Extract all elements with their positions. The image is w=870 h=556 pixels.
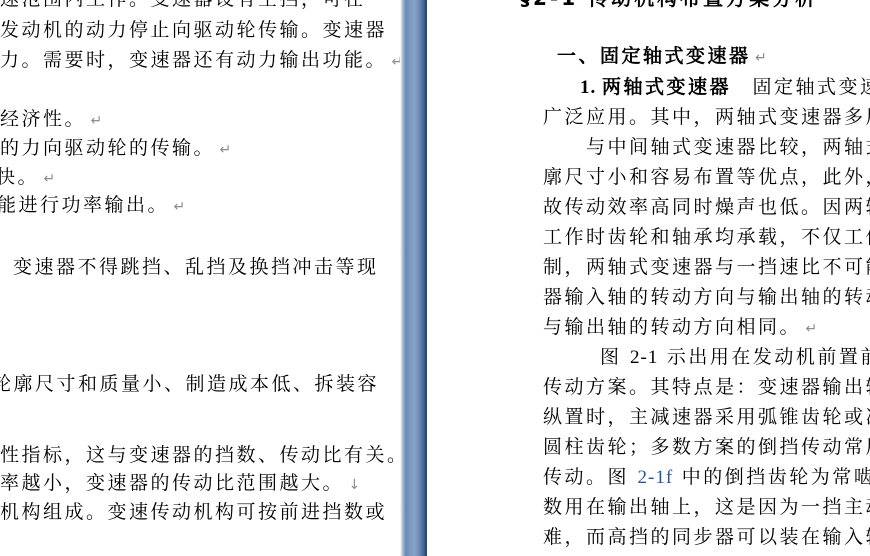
- text-line[interactable]: 广泛应用。其中，两轴式变速器多用于发动: [543, 106, 870, 128]
- text-run: 故传动效率高同时燥声也低。因两轴式变速: [543, 196, 870, 218]
- text-run: 率越小，变速器的传动比范围越大。: [0, 472, 344, 494]
- document-two-page-view: { "view": { "description": "two-page boo…: [0, 0, 870, 556]
- text-line[interactable]: 与输出轴的转动方向相同。 ↵: [543, 316, 817, 340]
- page-spine-gutter: [400, 0, 427, 556]
- text-run: 2-1f: [638, 467, 674, 488]
- text-line[interactable]: 性指标，这与变速器的挡数、传动比有关。: [0, 444, 400, 466]
- text-run: 传动。图: [543, 466, 638, 488]
- text-line[interactable]: 轮廓尺寸和质量小、制造成本低、拆装容: [0, 373, 379, 395]
- text-run: 工作时齿轮和轴承均承载，不仅工作燥声增: [543, 226, 870, 248]
- paragraph-mark-icon: ↵: [86, 113, 102, 129]
- text-run: 经济性。: [0, 108, 86, 130]
- text-run: 廓尺寸小和容易布置等优点，此外，各中间: [543, 166, 870, 188]
- text-line[interactable]: 难，而高挡的同步器可以装在输入轴后端，: [543, 526, 870, 548]
- text-line[interactable]: 工作时齿轮和轴承均承载，不仅工作燥声增: [543, 226, 870, 248]
- text-run: 机构组成。变速传动机构可按前进挡数或: [0, 501, 387, 523]
- subsection-heading[interactable]: 一、固定轴式变速器 ↵: [557, 45, 767, 69]
- text-run: 图: [600, 346, 630, 368]
- text-run: 的力向驱动轮的传输。: [0, 137, 215, 159]
- text-line[interactable]: 廓尺寸小和容易布置等优点，此外，各中间: [543, 166, 870, 188]
- text-line[interactable]: 速范围内工作。变速器设有空挡，可在: [0, 0, 366, 10]
- text-line[interactable]: 能进行功率输出。 ↵: [0, 194, 185, 218]
- text-line[interactable]: 圆柱齿轮；多数方案的倒挡传动常用滑动齿: [543, 436, 870, 458]
- text-run: 1.: [580, 77, 602, 98]
- text-run: 纵置时，主减速器采用弧锥齿轮或准双曲面: [543, 406, 870, 428]
- text-line[interactable]: 经济性。 ↵: [0, 108, 102, 132]
- text-line[interactable]: 1. 两轴式变速器 固定轴式变速器中: [580, 76, 870, 99]
- text-line[interactable]: 制，两轴式变速器与一挡速比不可能设计的: [543, 256, 870, 278]
- text-run: 发动机的动力停止向驱动轮传输。变速器: [0, 19, 387, 41]
- text-run: 固定轴式变速器中: [731, 76, 870, 98]
- text-line[interactable]: 机构组成。变速传动机构可按前进挡数或: [0, 501, 387, 523]
- text-run: 性指标，这与变速器的挡数、传动比有关。: [0, 444, 400, 466]
- text-run: 一、固定轴式变速器: [557, 45, 751, 67]
- text-run: 力。需要时，变速器还有动力输出功能。: [0, 49, 387, 71]
- text-line[interactable]: 率越小，变速器的传动比范围越大。 ↓: [0, 472, 360, 496]
- text-line[interactable]: 力。需要时，变速器还有动力输出功能。 ↵: [0, 49, 400, 73]
- paragraph-mark-icon: ↵: [387, 54, 400, 70]
- text-run: 制，两轴式变速器与一挡速比不可能设计的: [543, 256, 870, 278]
- text-line[interactable]: 的力向驱动轮的传输。 ↵: [0, 137, 231, 161]
- text-run: 2-1: [630, 347, 658, 368]
- text-line[interactable]: 发动机的动力停止向驱动轮传输。变速器: [0, 19, 387, 41]
- text-line[interactable]: 数用在输出轴上，这是因为一挡主动齿轮尺: [543, 496, 870, 518]
- linebreak-mark-icon: ↓: [344, 477, 360, 493]
- paragraph-mark-icon: ↵: [39, 171, 55, 187]
- text-run: 能进行功率输出。: [0, 194, 169, 216]
- right-page[interactable]: §2-1 传动机构布置方案分析一、固定轴式变速器 ↵1. 两轴式变速器 固定轴式…: [427, 0, 870, 556]
- text-run: §2-1 传动机构布置方案分析: [520, 0, 818, 10]
- text-line[interactable]: 图 2-1 示出用在发动机前置前轮: [600, 346, 870, 369]
- text-line[interactable]: 传动方案。其特点是：变速器输出轴与主减: [543, 376, 870, 398]
- text-run: 轮廓尺寸和质量小、制造成本低、拆装容: [0, 373, 379, 395]
- text-line[interactable]: 变速器不得跳挡、乱挡及换挡冲击等现: [13, 256, 379, 278]
- text-line[interactable]: 与中间轴式变速器比较，两轴式变速器: [586, 136, 870, 158]
- text-run: 器输入轴的转动方向与输出轴的转动方向相: [543, 286, 870, 308]
- text-run: 快。: [0, 166, 39, 188]
- text-run: 广泛应用。其中，两轴式变速器多用于发动: [543, 106, 870, 128]
- text-run: 中的倒挡齿轮为常啮合齿轮: [673, 466, 870, 488]
- text-run: 示出用在发动机前置前轮: [658, 346, 870, 368]
- text-run: 传动方案。其特点是：变速器输出轴与主减: [543, 376, 870, 398]
- text-run: 难，而高挡的同步器可以装在输入轴后端，: [543, 526, 870, 548]
- text-run: 圆柱齿轮；多数方案的倒挡传动常用滑动齿: [543, 436, 870, 458]
- text-line[interactable]: 纵置时，主减速器采用弧锥齿轮或准双曲面: [543, 406, 870, 428]
- paragraph-mark-icon: ↵: [215, 142, 231, 158]
- paragraph-mark-icon: ↵: [169, 199, 185, 215]
- left-page[interactable]: 速范围内工作。变速器设有空挡，可在发动机的动力停止向驱动轮传输。变速器力。需要时…: [0, 0, 400, 556]
- paragraph-mark-icon: ↵: [751, 50, 767, 66]
- text-run: 速范围内工作。变速器设有空挡，可在: [0, 0, 366, 10]
- text-line[interactable]: 故传动效率高同时燥声也低。因两轴式变速: [543, 196, 870, 218]
- text-line[interactable]: 传动。图 2-1f 中的倒挡齿轮为常啮合齿轮: [543, 466, 870, 489]
- text-line[interactable]: 器输入轴的转动方向与输出轴的转动方向相: [543, 286, 870, 308]
- text-run: 变速器不得跳挡、乱挡及换挡冲击等现: [13, 256, 379, 278]
- paragraph-mark-icon: ↵: [801, 321, 817, 337]
- text-line[interactable]: 快。 ↵: [0, 166, 55, 190]
- text-run: 与中间轴式变速器比较，两轴式变速器: [586, 136, 870, 158]
- text-run: 与输出轴的转动方向相同。: [543, 316, 801, 338]
- text-run: 数用在输出轴上，这是因为一挡主动齿轮尺: [543, 496, 870, 518]
- text-run: 两轴式变速器: [602, 76, 731, 98]
- section-heading[interactable]: §2-1 传动机构布置方案分析: [520, 0, 818, 9]
